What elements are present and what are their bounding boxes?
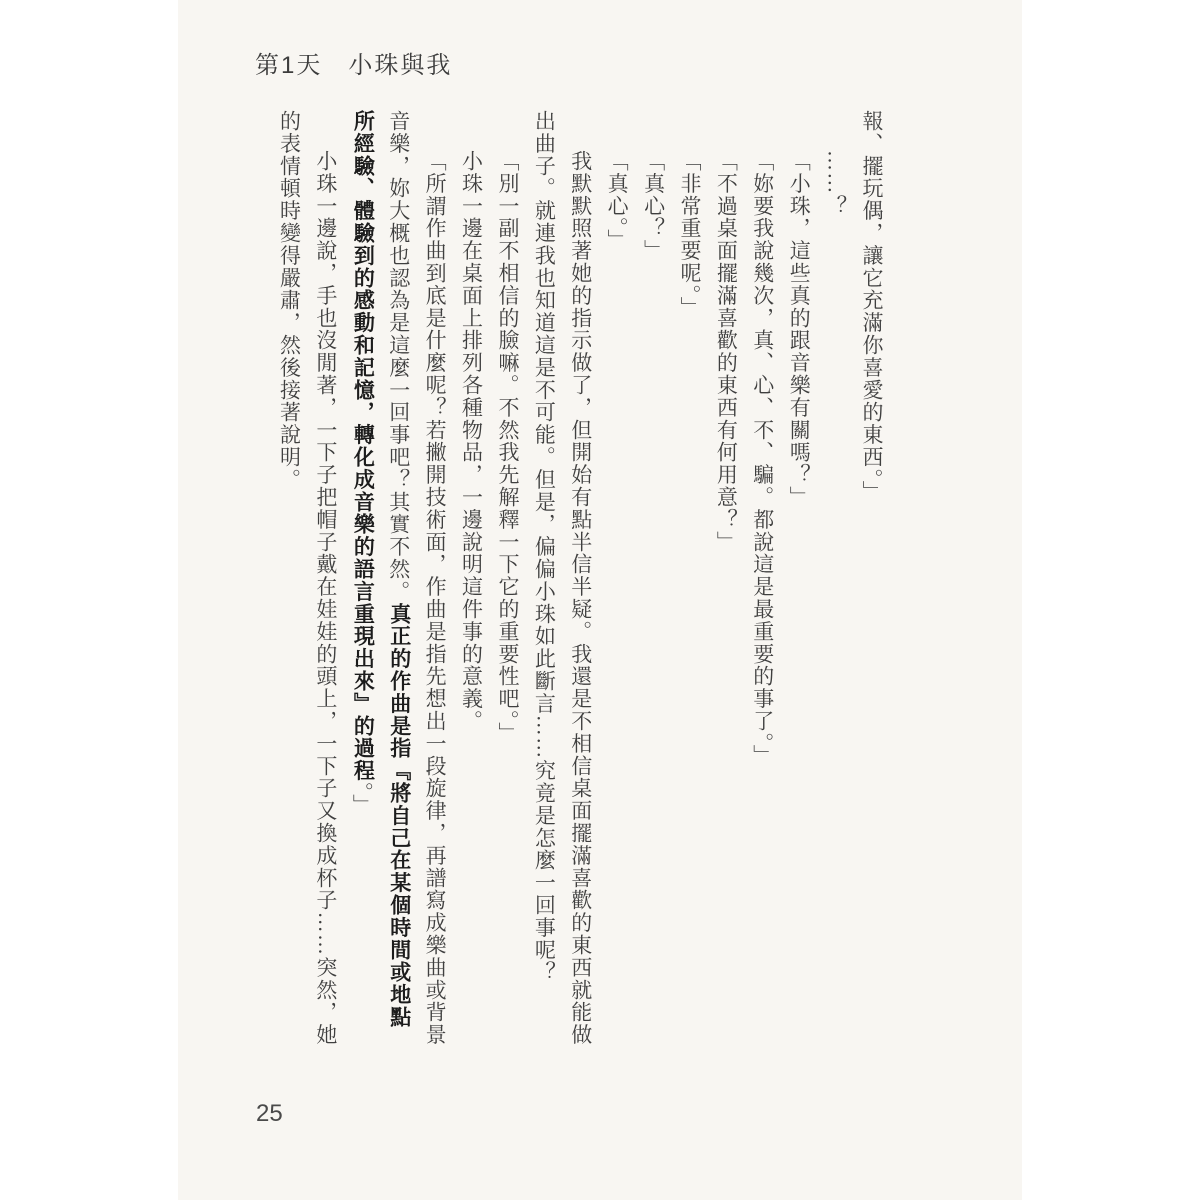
chapter-title: 小珠與我 <box>348 52 452 79</box>
text-column: 「真心。」 <box>599 110 635 1050</box>
text-column: 「別一副不相信的臉嘛。不然我先解釋一下它的重要性吧。」 <box>490 110 526 1050</box>
chapter-label: 第1天 <box>255 52 322 79</box>
text-column: 「非常重要呢。」 <box>672 110 708 1050</box>
text-column: 「所謂作曲到底是什麼呢？若撇開技術面，作曲是指先想出一段旋律，再譜寫成樂曲或背景 <box>417 110 453 1050</box>
vertical-text-block: 報、擺玩偶，讓它充滿你喜愛的東西。」 ……？ 「小珠，這些真的跟音樂有關嗎？」 … <box>271 110 890 1050</box>
text-column: 「不過桌面擺滿喜歡的東西有何用意？」 <box>708 110 744 1050</box>
emphasized-text: 真正的作曲是指『將自己在某個時間或地點 <box>388 603 411 1029</box>
text-column: 「小珠，這些真的跟音樂有關嗎？」 <box>781 110 817 1050</box>
text-column: 音樂，妳大概也認為是這麼一回事吧？其實不然。真正的作曲是指『將自己在某個時間或地… <box>380 110 416 1050</box>
text-column: 我默默照著她的指示做了，但開始有點半信半疑。我還是不相信桌面擺滿喜歡的東西就能做 <box>562 110 598 1050</box>
text-column: 小珠一邊在桌面上排列各種物品，一邊說明這件事的意義。 <box>453 110 489 1050</box>
text-column: ……？ <box>817 110 853 1050</box>
text-column: 出曲子。就連我也知道這是不可能。但是，偏偏小珠如此斷言……究竟是怎麼一回事呢？ <box>526 110 562 1050</box>
text-column: 所經驗、體驗到的感動和記憶，轉化成音樂的語言重現出來』的過程。」 <box>344 110 380 1050</box>
text-column: 報、擺玩偶，讓它充滿你喜愛的東西。」 <box>854 110 890 1050</box>
text-column: 小珠一邊說，手也沒閒著，一下子把帽子戴在娃娃的頭上，一下子又換成杯子……突然，她 <box>308 110 344 1050</box>
text-column: 「妳要我說幾次，真、心、不、騙。都說這是最重要的事了。」 <box>744 110 780 1050</box>
running-header: 第1天小珠與我 <box>255 45 452 80</box>
text-column: 的表情頓時變得嚴肅，然後接著說明。 <box>271 110 307 1050</box>
page-number: 25 <box>256 1100 283 1128</box>
page-sheet: 第1天小珠與我 報、擺玩偶，讓它充滿你喜愛的東西。」 ……？ 「小珠，這些真的跟… <box>178 0 1022 1200</box>
book-page-scan: 第1天小珠與我 報、擺玩偶，讓它充滿你喜愛的東西。」 ……？ 「小珠，這些真的跟… <box>0 0 1200 1200</box>
text-column: 「真心？」 <box>635 110 671 1050</box>
emphasized-text: 所經驗、體驗到的感動和記憶，轉化成音樂的語言重現出來』的過程 <box>351 110 374 782</box>
